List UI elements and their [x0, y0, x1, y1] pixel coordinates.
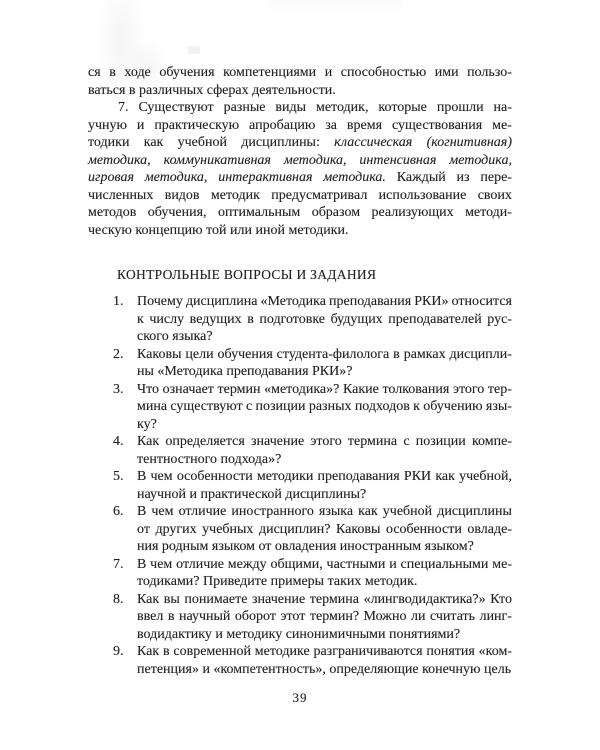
word: обучения — [159, 64, 214, 82]
word: рус- — [487, 311, 512, 329]
word: виды — [275, 99, 306, 117]
word: В — [137, 556, 146, 574]
word: рамках — [404, 346, 446, 364]
word: методика. — [323, 169, 386, 187]
text-line: Почемудисциплина«МетодикапреподаванияРКИ… — [137, 293, 512, 311]
word: подготовке — [259, 311, 325, 329]
word: тер- — [488, 381, 512, 399]
word: как — [358, 503, 378, 521]
text-line: численныхвидовметодикпредусматривалиспол… — [88, 187, 512, 205]
word: понятия — [426, 643, 474, 661]
word: образом — [312, 204, 360, 222]
word: будущих — [331, 311, 383, 329]
word: методи- — [465, 204, 512, 222]
word: Каковы — [137, 346, 181, 364]
word: Как — [137, 591, 159, 609]
text-line: Вчемотличиеиностранногоязыкакакучебнойди… — [137, 503, 512, 521]
question-number: 7. — [113, 556, 124, 574]
word: преподавания — [318, 468, 400, 486]
text-line: петенция» и «компетентность», определяющ… — [137, 661, 512, 679]
word: способностью — [341, 64, 426, 82]
question-number: 1. — [113, 293, 124, 311]
question-number: 5. — [113, 468, 124, 486]
word: Можно — [364, 608, 407, 626]
word: игровая — [88, 169, 134, 187]
question-number: 9. — [113, 643, 124, 661]
word: методов — [88, 204, 136, 222]
word: предусматривал — [271, 187, 367, 205]
word: преподавателей — [388, 311, 481, 329]
word: пере- — [480, 169, 512, 187]
text-line: ваться в различных сферах деятельности. — [88, 82, 512, 100]
word: овладе- — [467, 521, 512, 539]
word: Как — [137, 433, 159, 451]
word: определяется — [165, 433, 244, 451]
word: РКИ — [404, 468, 431, 486]
question-number: 3. — [113, 381, 124, 399]
word: термин — [218, 381, 261, 399]
text-line: ны «Методика преподавания РКИ»? — [137, 363, 512, 381]
word: тодики — [88, 134, 129, 152]
word: Каковы — [336, 521, 380, 539]
word: ме- — [492, 117, 512, 135]
word: существуют — [170, 398, 242, 416]
word: преподавания — [329, 293, 411, 311]
word: в — [393, 346, 400, 364]
word: подходов — [355, 398, 410, 416]
text-line: ВчемособенностиметодикипреподаванияРКИка… — [137, 468, 512, 486]
word: учебной, — [459, 468, 512, 486]
word: классическая — [334, 134, 412, 152]
word: интерактивная — [218, 169, 312, 187]
word: видов — [165, 187, 200, 205]
text-line: методика,коммуникативнаяметодика,интенси… — [88, 152, 512, 170]
word: в — [247, 311, 254, 329]
word: чем — [151, 503, 173, 521]
question-item: 6.Вчемотличиеиностранногоязыкакакучебной… — [88, 503, 512, 556]
word: термин? — [310, 608, 359, 626]
word: методика, — [145, 169, 208, 187]
word: и — [137, 117, 145, 135]
word: позиции — [416, 433, 466, 451]
word: своих — [478, 187, 512, 205]
word: разные — [224, 99, 266, 117]
word: позиции — [256, 398, 306, 416]
word: В — [137, 468, 146, 486]
word: этот — [280, 608, 305, 626]
word: относится — [452, 293, 512, 311]
word: методик — [211, 187, 260, 205]
word: от — [137, 521, 150, 539]
question-number: 6. — [113, 503, 124, 521]
paragraph: сявходеобучениякомпетенциямииспособность… — [88, 64, 512, 99]
text-line: игроваяметодика,интерактивнаяметодика.Ка… — [88, 169, 512, 187]
text-line: Каквыпонимаетезначениетермина«лингводида… — [137, 591, 512, 609]
text-run: ны «Методика преподавания РКИ»? — [137, 364, 352, 379]
word: значение — [252, 591, 305, 609]
word: ими — [435, 64, 459, 82]
text-run: водидактику и методику синонимичными пон… — [137, 627, 460, 642]
word: существования — [392, 117, 482, 135]
word: оборот — [235, 608, 276, 626]
text-line: ния родным языком от овладения иностранн… — [137, 538, 512, 556]
word: «лингводидактика?» — [364, 591, 486, 609]
question-number: 8. — [113, 591, 124, 609]
question-item: 5.ВчемособенностиметодикипреподаванияРКИ… — [88, 468, 512, 503]
section-heading: КОНТРОЛЬНЫЕ ВОПРОСЫ И ЗАДАНИЯ — [88, 266, 512, 284]
word: термина — [348, 433, 397, 451]
word: Какие — [343, 381, 379, 399]
word: ся — [88, 64, 101, 82]
text-line: водидактику и методику синонимичными пон… — [137, 626, 512, 644]
text-line: сявходеобучениякомпетенциямииспособность… — [88, 64, 512, 82]
word: линг- — [480, 608, 512, 626]
text-line: учнуюипрактическуюапробациюзавремясущест… — [88, 117, 512, 135]
word: из — [457, 169, 470, 187]
paragraphs: сявходеобучениякомпетенциямииспособность… — [88, 64, 512, 239]
paragraph: 7.Существуютразныевидыметодик,которыепро… — [88, 99, 512, 239]
word: В — [137, 503, 146, 521]
word: отличие — [176, 556, 224, 574]
word: 7. — [118, 99, 129, 117]
word: цели — [185, 346, 213, 364]
word: языка — [319, 503, 353, 521]
word: Почему — [137, 293, 183, 311]
word: в — [109, 64, 116, 82]
word: дисциплина — [186, 293, 258, 311]
word: компе- — [472, 433, 512, 451]
text-line: ческую концепцию той или иной методики. — [88, 222, 512, 240]
word: ведущих — [190, 311, 242, 329]
word: пользо- — [467, 64, 512, 82]
word: «методика»? — [264, 381, 339, 399]
text-run: тодиками? Приведите примеры таких методи… — [137, 574, 417, 589]
word: обучения — [217, 346, 272, 364]
scan-smudge — [268, 0, 403, 14]
word: с — [403, 433, 409, 451]
text-run: тентностного подхода»? — [137, 452, 281, 467]
word: практическую — [154, 117, 239, 135]
word: студента-филолога — [277, 346, 390, 364]
word: Что — [137, 381, 159, 399]
word: чем — [151, 468, 173, 486]
text-line: научной и практической дисциплины? — [137, 486, 512, 504]
text-line: тодиками? Приведите примеры таких методи… — [137, 573, 512, 591]
text-line: тентностного подхода»? — [137, 451, 512, 469]
question-number: 4. — [113, 433, 124, 451]
text-run: ния родным языком от овладения иностранн… — [137, 539, 474, 554]
word: численных — [88, 187, 153, 205]
page-text-column: сявходеобучениякомпетенциямииспособность… — [88, 64, 512, 706]
word: РКИ» — [414, 293, 448, 311]
word: методика, — [88, 152, 151, 170]
word: как — [435, 468, 455, 486]
text-line: методовобучения,оптимальнымобразомреализ… — [88, 204, 512, 222]
word: учебных — [202, 521, 253, 539]
word: коммуникативная — [164, 152, 271, 170]
word: на- — [494, 99, 512, 117]
word: вы — [164, 591, 180, 609]
text-run: ку? — [137, 417, 157, 432]
text-line: Каквсовременнойметодикеразграничиваютсяп… — [137, 643, 512, 661]
word: разных — [309, 398, 352, 416]
word: и — [389, 556, 397, 574]
word: как — [144, 134, 164, 152]
text-line: ку? — [137, 416, 512, 434]
word: методике — [255, 643, 310, 661]
word: Кто — [490, 591, 512, 609]
word: методика, — [449, 152, 512, 170]
word: числу — [149, 311, 184, 329]
text-line: Вчемотличиемеждуобщими,частнымииспециаль… — [137, 556, 512, 574]
text-line: тодикикакучебнойдисциплины:классическая(… — [88, 134, 512, 152]
word: реализующих — [371, 204, 453, 222]
page-number: 39 — [88, 690, 512, 706]
text-line: Чтоозначаеттермин«методика»?Какиетолкова… — [137, 381, 512, 399]
word: чем — [150, 556, 172, 574]
word: значение — [251, 433, 304, 451]
word: особенности — [177, 468, 253, 486]
question-item: 7.Вчемотличиемеждуобщими,частнымииспециа… — [88, 556, 512, 591]
question-item: 4.Какопределяетсязначениеэтоготерминаспо… — [88, 433, 512, 468]
word: научный — [179, 608, 230, 626]
word: интенсивная — [359, 152, 436, 170]
word: дисципли- — [449, 346, 511, 364]
question-item: 8.Каквыпонимаетезначениетермина«лингводи… — [88, 591, 512, 644]
word: и — [325, 64, 333, 82]
word: «ком- — [479, 643, 512, 661]
text-line: Какопределяетсязначениеэтоготерминаспози… — [137, 433, 512, 451]
text-line: 7.Существуютразныевидыметодик,которыепро… — [88, 99, 512, 117]
word: язы- — [486, 398, 512, 416]
word: апробацию — [249, 117, 315, 135]
word: Каждый — [397, 169, 446, 187]
scan-smudge — [188, 46, 200, 54]
word: методик, — [316, 99, 369, 117]
word: этого — [310, 433, 341, 451]
word: ввел — [137, 608, 163, 626]
word: считать — [430, 608, 475, 626]
word: понимаете — [184, 591, 247, 609]
word: толкования — [382, 381, 449, 399]
word: методика, — [284, 152, 347, 170]
word: компетенциями — [223, 64, 316, 82]
word: этого — [453, 381, 484, 399]
word: ме- — [492, 556, 512, 574]
word: методики — [257, 468, 314, 486]
word: общими, — [270, 556, 322, 574]
word: ходе — [124, 64, 150, 82]
word: Как — [137, 643, 159, 661]
word: с — [246, 398, 252, 416]
word: дисциплин? — [259, 521, 331, 539]
word: специальными — [401, 556, 489, 574]
text-line: Каковыцелиобучениястудента-филологаврамк… — [137, 346, 512, 364]
word: за — [325, 117, 337, 135]
text-run: ваться в различных сферах деятельности. — [88, 83, 336, 98]
word: разграничиваются — [313, 643, 422, 661]
word: других — [155, 521, 196, 539]
word: мина — [137, 398, 167, 416]
word: дисциплины: — [241, 134, 320, 152]
word: термина — [310, 591, 359, 609]
word: к — [137, 311, 144, 329]
word: учебной — [178, 134, 227, 152]
question-item: 3.Чтоозначаеттермин«методика»?Какиетолко… — [88, 381, 512, 434]
word: современной — [173, 643, 251, 661]
word: время — [347, 117, 382, 135]
word: оптимальным — [218, 204, 300, 222]
word: иностранного — [231, 503, 313, 521]
text-run: ского языка? — [137, 329, 213, 344]
question-item: 1.Почемудисциплина«МетодикапреподаванияР… — [88, 293, 512, 346]
word: учебной — [383, 503, 432, 521]
word: дисциплины — [437, 503, 512, 521]
word: в — [168, 608, 175, 626]
word: в — [163, 643, 170, 661]
text-line: отдругихучебныхдисциплин?Каковыособеннос… — [137, 521, 512, 539]
word: использование — [379, 187, 467, 205]
word: к — [413, 398, 420, 416]
text-run: ческую концепцию той или иной методики. — [88, 223, 349, 238]
text-run: петенция» и «компетентность», определяющ… — [137, 662, 511, 677]
question-number: 2. — [113, 346, 124, 364]
word: обучения, — [148, 204, 207, 222]
text-run: научной и практической дисциплины? — [137, 487, 366, 502]
word: «Методика — [261, 293, 326, 311]
word: между — [228, 556, 267, 574]
word: особенности — [386, 521, 462, 539]
question-list: 1.Почемудисциплина«МетодикапреподаванияР… — [88, 293, 512, 678]
word: учную — [88, 117, 127, 135]
word: ли — [411, 608, 425, 626]
word: которые — [378, 99, 426, 117]
question-item: 2.Каковыцелиобучениястудента-филологавра… — [88, 346, 512, 381]
text-line: кчислуведущихвподготовкебудущихпреподава… — [137, 311, 512, 329]
word: прошли — [437, 99, 484, 117]
text-line: минасуществуютспозицииразныхподходовкобу… — [137, 398, 512, 416]
word: отличие — [179, 503, 227, 521]
text-line: ского языка? — [137, 328, 512, 346]
word: частными — [327, 556, 386, 574]
question-item: 9.Каквсовременнойметодикеразграничиваютс… — [88, 643, 512, 678]
word: обучению — [423, 398, 482, 416]
word: (когнитивная) — [427, 134, 512, 152]
word: означает — [163, 381, 214, 399]
text-line: ввелвнаучныйоборотэтоттермин?Можнолисчит… — [137, 608, 512, 626]
word: Существуют — [138, 99, 213, 117]
